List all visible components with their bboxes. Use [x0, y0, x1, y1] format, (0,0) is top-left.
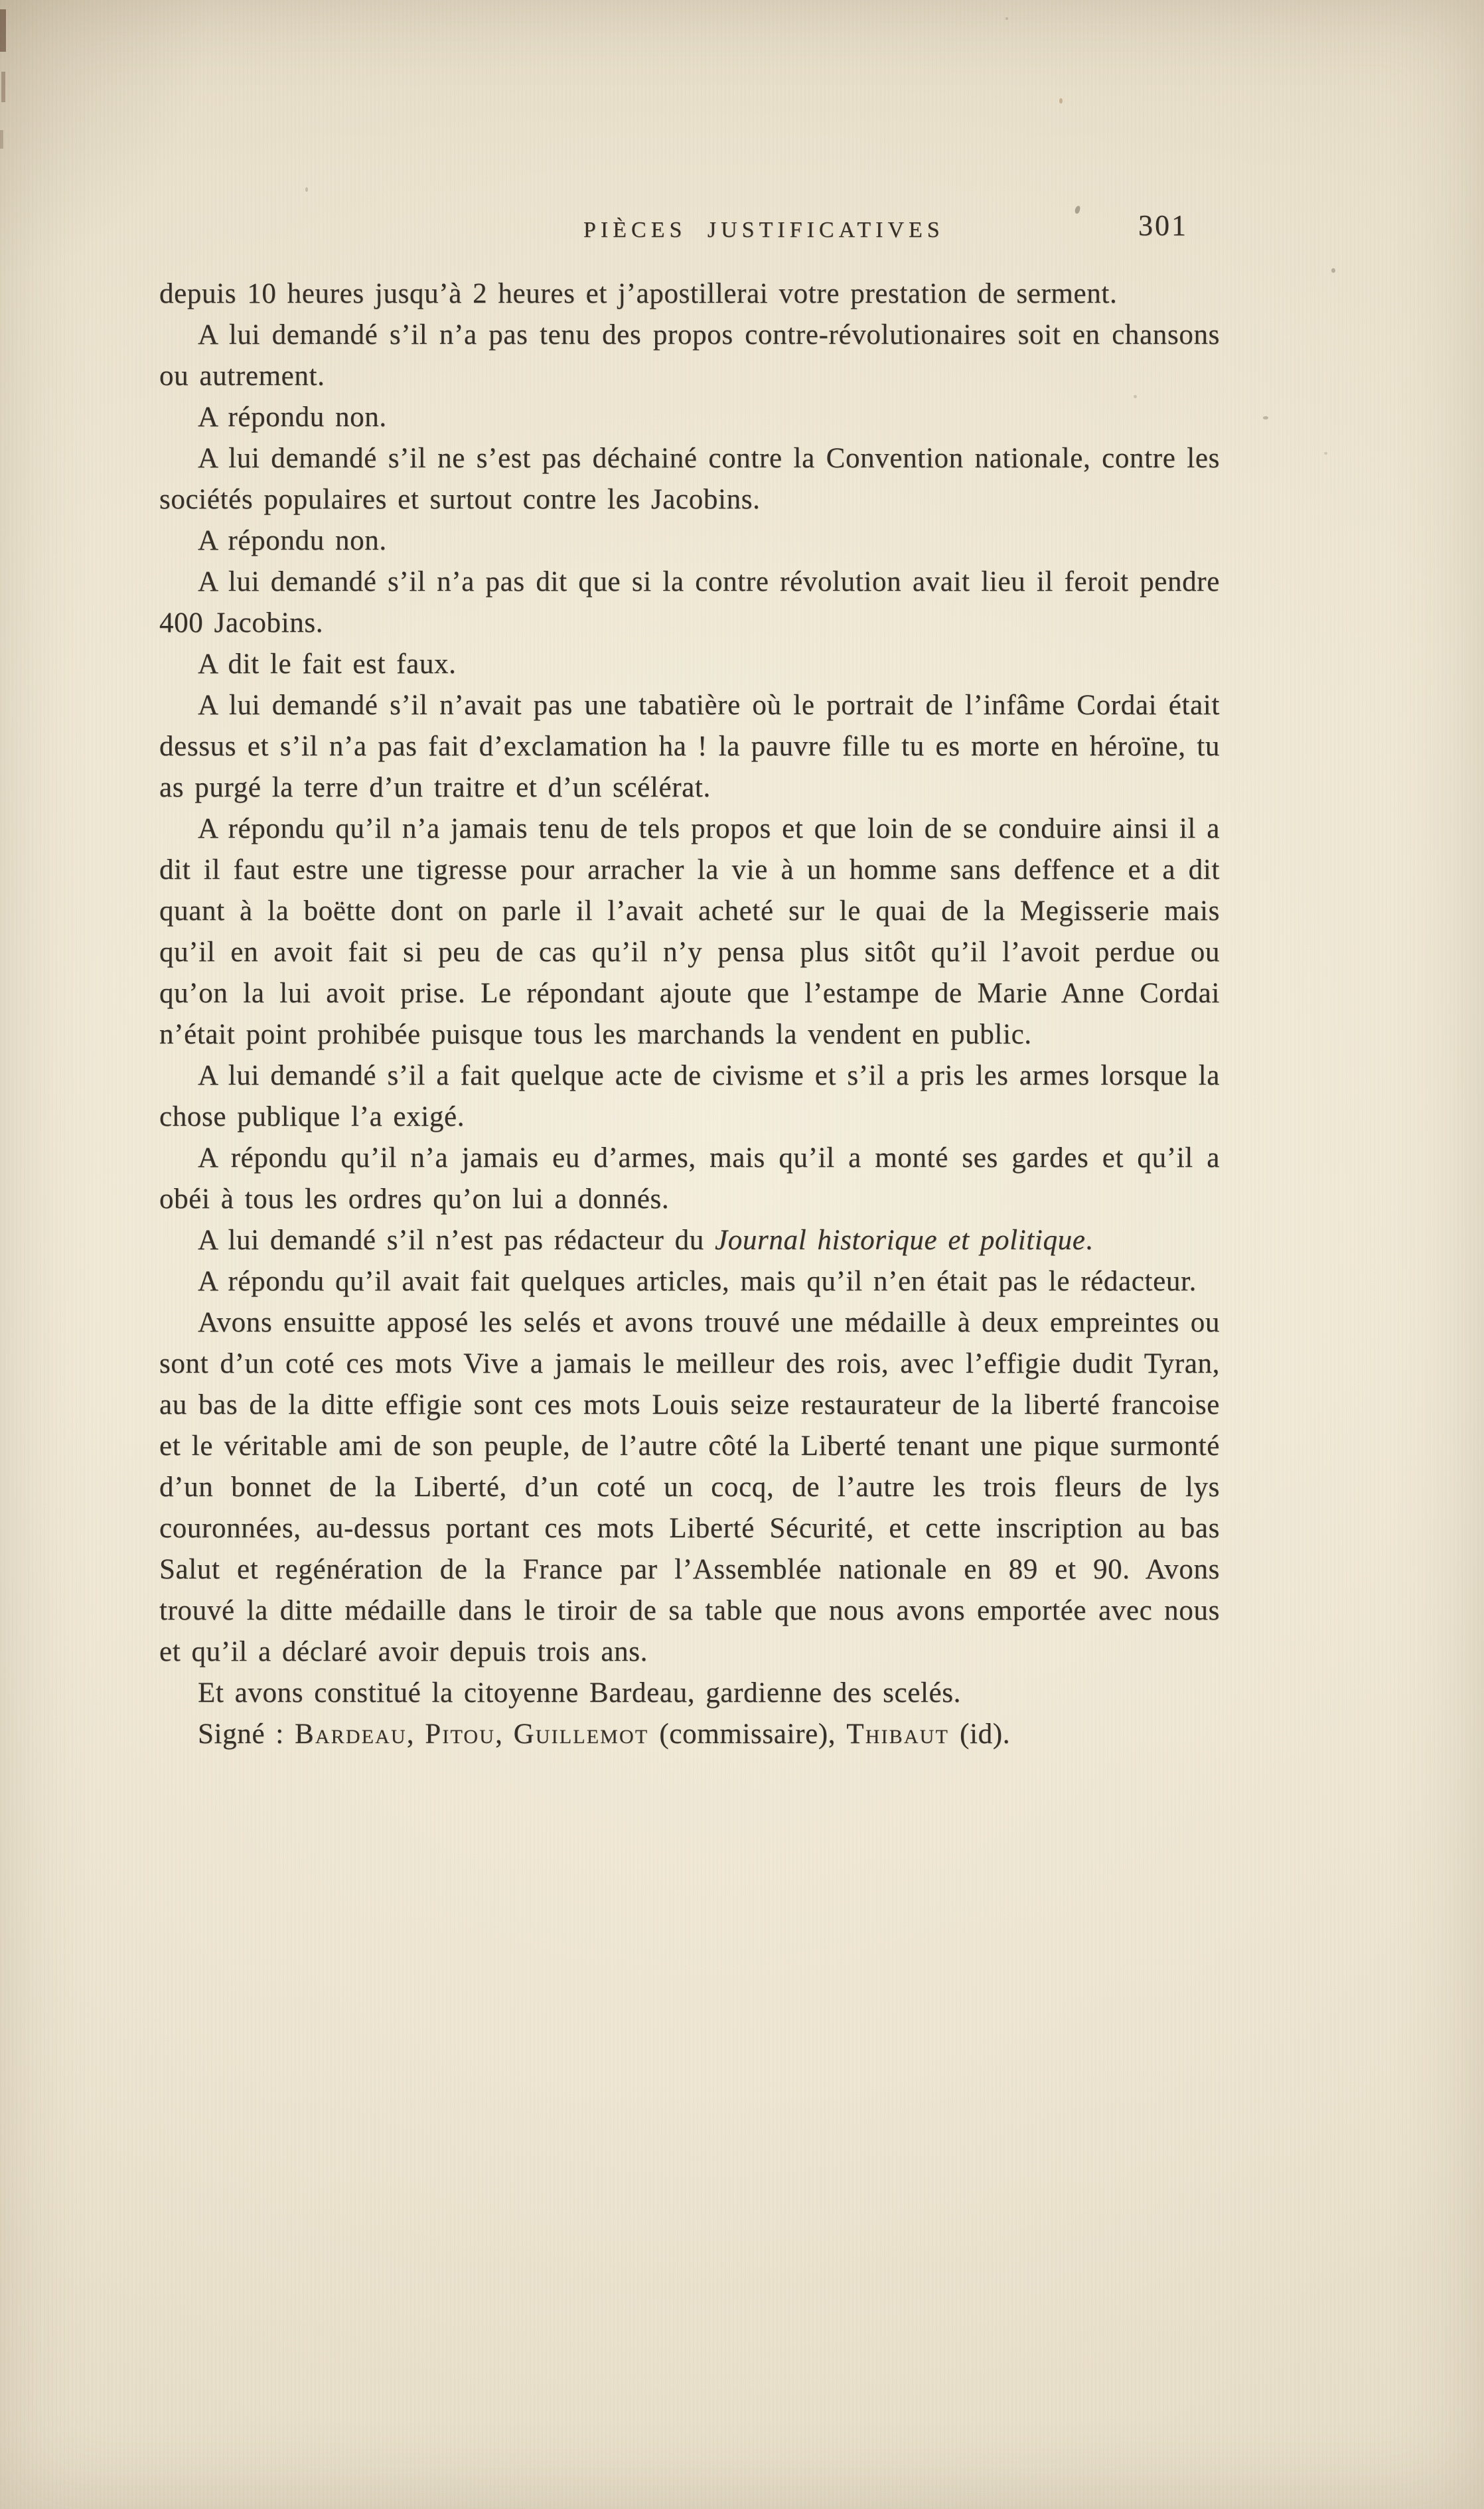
paragraph: A dit le fait est faux. — [159, 644, 1220, 685]
paragraph: depuis 10 heures jusqu’à 2 heures et j’a… — [159, 273, 1220, 315]
scan-edge-mark — [0, 9, 6, 52]
paragraph: A lui demandé s’il n’a pas dit que si la… — [159, 562, 1220, 644]
paragraph: A répondu qu’il n’a jamais eu d’armes, m… — [159, 1138, 1220, 1220]
text-segment: A répondu qu’il avait fait quelques arti… — [198, 1266, 1197, 1297]
text-segment-smallcaps: Guillemot — [514, 1718, 649, 1750]
text-segment-italic: Journal historique et politique — [715, 1225, 1086, 1256]
text-segment: , — [495, 1718, 514, 1750]
text-segment: , — [407, 1718, 425, 1750]
text-segment: A répondu non. — [198, 402, 387, 433]
paragraph: Signé : Bardeau, Pitou, Guillemot (commi… — [159, 1714, 1220, 1755]
text-segment: (id). — [949, 1718, 1010, 1750]
paragraph: Avons ensuitte apposé les selés et avons… — [159, 1302, 1220, 1673]
scan-edge-mark — [0, 130, 3, 149]
paragraph: A lui demandé s’il n’est pas rédacteur d… — [159, 1220, 1220, 1261]
text-segment-smallcaps: Pitou — [425, 1718, 495, 1750]
ink-speck — [1331, 268, 1335, 273]
book-page-scan: PIÈCES JUSTIFICATIVES 301 depuis 10 heur… — [0, 0, 1484, 2509]
scan-edge-mark — [1, 72, 5, 102]
text-segment: Signé : — [198, 1718, 295, 1750]
running-title: PIÈCES JUSTIFICATIVES — [583, 218, 944, 243]
text-segment: (commissaire), — [648, 1718, 846, 1750]
paragraph: A lui demandé s’il a fait quelque acte d… — [159, 1055, 1220, 1138]
rust-speck — [1059, 98, 1063, 104]
text-segment: A répondu non. — [198, 525, 387, 556]
text-segment: A lui demandé s’il ne s’est pas déchainé… — [159, 443, 1220, 515]
text-segment: A lui demandé s’il n’avait pas une tabat… — [159, 690, 1220, 803]
paragraph: A lui demandé s’il n’avait pas une tabat… — [159, 685, 1220, 808]
ink-speck — [1005, 17, 1008, 20]
text-segment: . — [1086, 1225, 1093, 1256]
ink-speck — [1324, 452, 1327, 455]
text-segment: A lui demandé s’il n’a pas tenu des prop… — [159, 319, 1220, 392]
paragraph: A lui demandé s’il ne s’est pas déchainé… — [159, 438, 1220, 520]
text-segment-smallcaps: Thibaut — [846, 1718, 949, 1750]
text-segment: A lui demandé s’il a fait quelque acte d… — [159, 1060, 1220, 1132]
page-body: depuis 10 heures jusqu’à 2 heures et j’a… — [159, 273, 1220, 1755]
text-segment: A dit le fait est faux. — [198, 648, 457, 680]
text-segment: Et avons constitué la citoyenne Bardeau,… — [198, 1677, 961, 1709]
text-segment: A lui demandé s’il n’a pas dit que si la… — [159, 566, 1220, 639]
text-segment: A répondu qu’il n’a jamais eu d’armes, m… — [159, 1142, 1220, 1215]
paragraph: A répondu non. — [159, 520, 1220, 562]
ink-speck — [305, 187, 308, 192]
ink-speck — [1263, 416, 1268, 419]
text-segment: Avons ensuitte apposé les selés et avons… — [159, 1307, 1220, 1667]
running-head: PIÈCES JUSTIFICATIVES 301 — [159, 212, 1220, 254]
paragraph: Et avons constitué la citoyenne Bardeau,… — [159, 1673, 1220, 1714]
text-segment: A lui demandé s’il n’est pas rédacteur d… — [198, 1225, 715, 1256]
paragraph: A répondu qu’il avait fait quelques arti… — [159, 1261, 1220, 1302]
text-segment: depuis 10 heures jusqu’à 2 heures et j’a… — [159, 278, 1117, 309]
text-segment-smallcaps: Bardeau — [295, 1718, 407, 1750]
paragraph: A répondu non. — [159, 397, 1220, 438]
paragraph: A lui demandé s’il n’a pas tenu des prop… — [159, 315, 1220, 397]
paragraph: A répondu qu’il n’a jamais tenu de tels … — [159, 808, 1220, 1055]
text-segment: A répondu qu’il n’a jamais tenu de tels … — [159, 813, 1220, 1050]
page-number: 301 — [1138, 208, 1188, 242]
